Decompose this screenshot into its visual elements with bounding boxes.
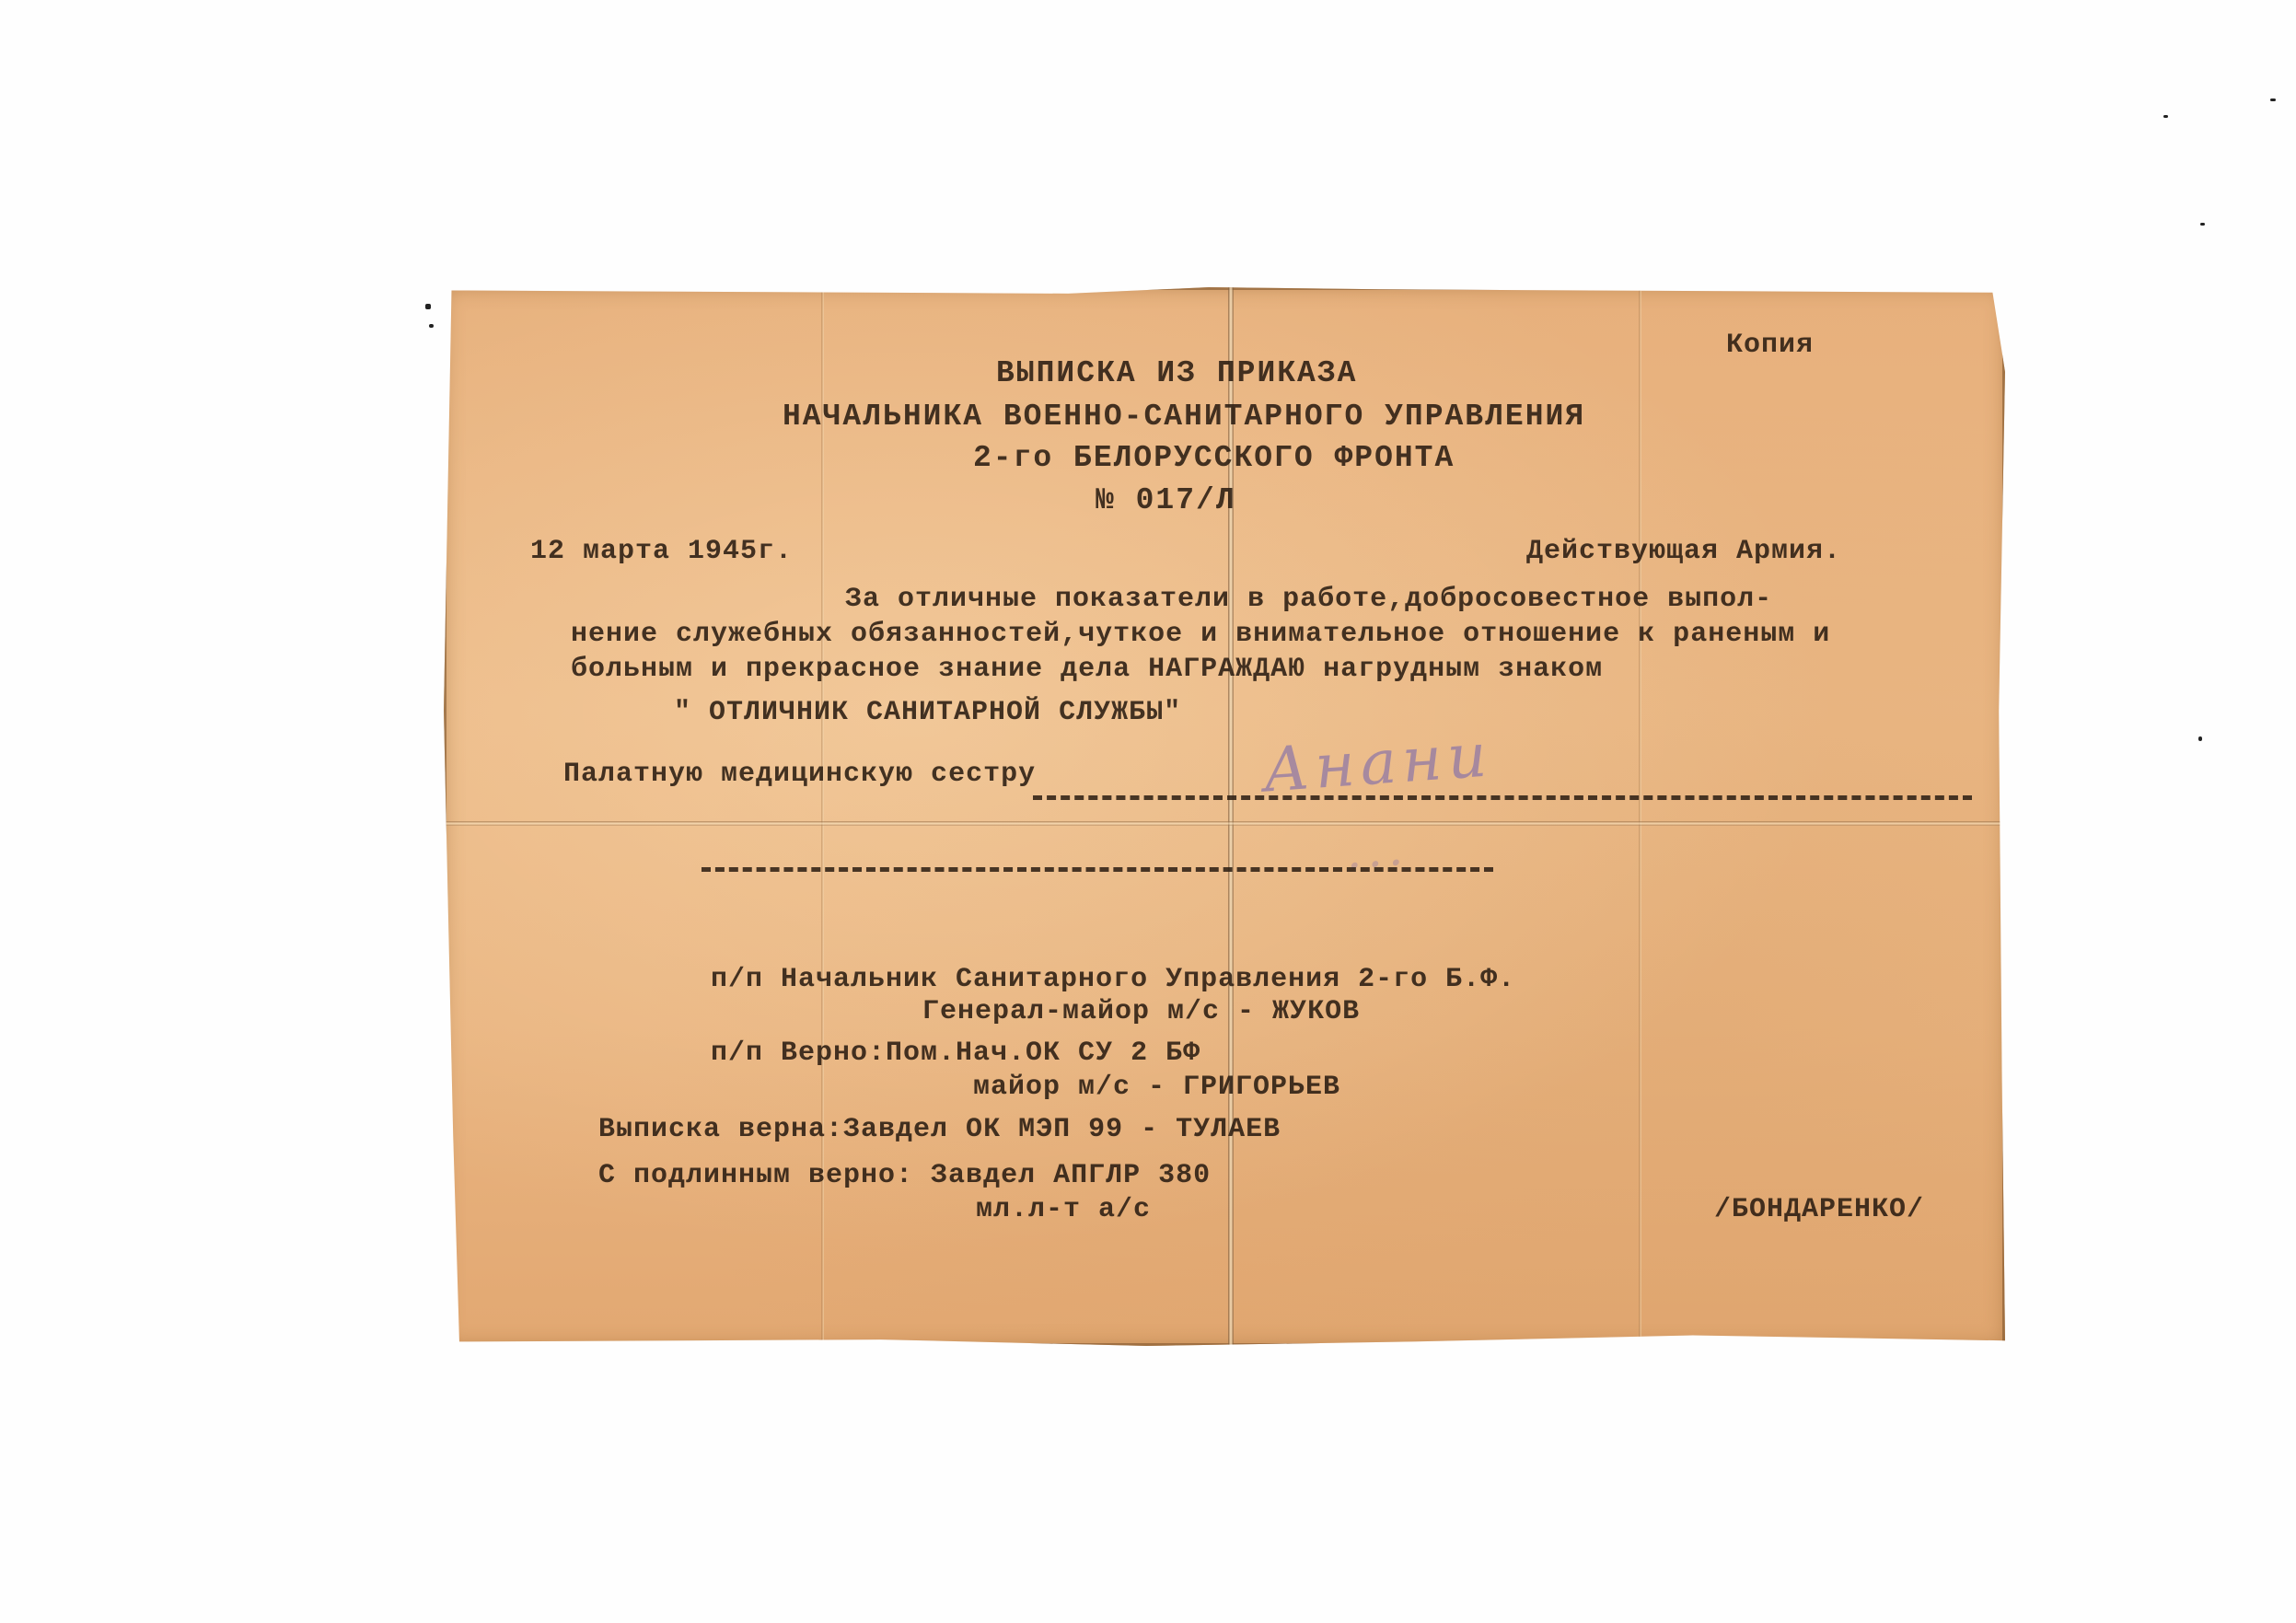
recipient-handwritten-name: Анани — [1261, 719, 1495, 806]
scan-speck — [2163, 115, 2168, 118]
copy-mark: Копия — [1726, 330, 1814, 361]
award-badge-name: " ОТЛИЧНИК САНИТАРНОЙ СЛУЖБЫ" — [674, 697, 1181, 728]
title-line-1: ВЫПИСКА ИЗ ПРИКАЗА — [996, 356, 1357, 390]
signature-line-5: Выписка верна:Завдел ОК МЭП 99 - ТУЛАЕВ — [598, 1114, 1281, 1145]
scan-speck — [2270, 99, 2276, 101]
signature-line-6: С подлинным верно: Завдел АПГЛР 380 — [598, 1160, 1211, 1191]
signature-line-8: /БОНДАРЕНКО/ — [1714, 1194, 1924, 1225]
right-crease — [1639, 287, 1641, 1346]
scan-speck — [429, 324, 434, 328]
body-line-3: больным и прекрасное знание дела НАГРАЖД… — [571, 654, 1603, 685]
scan-speck — [425, 304, 431, 309]
scan-speck — [2200, 223, 2205, 226]
signature-line-4: майор м/с - ГРИГОРЬЕВ — [973, 1072, 1340, 1103]
title-line-3: 2-го БЕЛОРУССКОГО ФРОНТА — [973, 441, 1455, 475]
body-line-1: За отличные показатели в работе,добросов… — [845, 584, 1772, 615]
signature-line-7: мл.л-т а/с — [976, 1194, 1151, 1225]
order-place: Действующая Армия. — [1526, 536, 1841, 567]
scan-speck — [2198, 736, 2202, 741]
order-date: 12 марта 1945г. — [530, 536, 793, 567]
award-order-paper: Копия ВЫПИСКА ИЗ ПРИКАЗА НАЧАЛЬНИКА ВОЕН… — [444, 287, 2005, 1346]
recipient-fill-line-1 — [1033, 795, 1972, 800]
signature-line-2: Генерал-майор м/с - ЖУКОВ — [922, 996, 1360, 1027]
body-line-2: нение служебных обязанностей,чуткое и вн… — [571, 619, 1830, 650]
recipient-fill-line-2 — [702, 867, 1493, 872]
title-line-2: НАЧАЛЬНИКА ВОЕННО-САНИТАРНОГО УПРАВЛЕНИЯ — [783, 400, 1585, 434]
signature-line-3: п/п Верно:Пом.Нач.ОК СУ 2 БФ — [711, 1038, 1200, 1069]
order-number: № 017/Л — [1096, 483, 1236, 517]
horizontal-fold — [444, 821, 2005, 826]
signature-line-1: п/п Начальник Санитарного Управления 2-г… — [711, 964, 1515, 995]
recipient-label: Палатную медицинскую сестру — [563, 759, 1036, 790]
